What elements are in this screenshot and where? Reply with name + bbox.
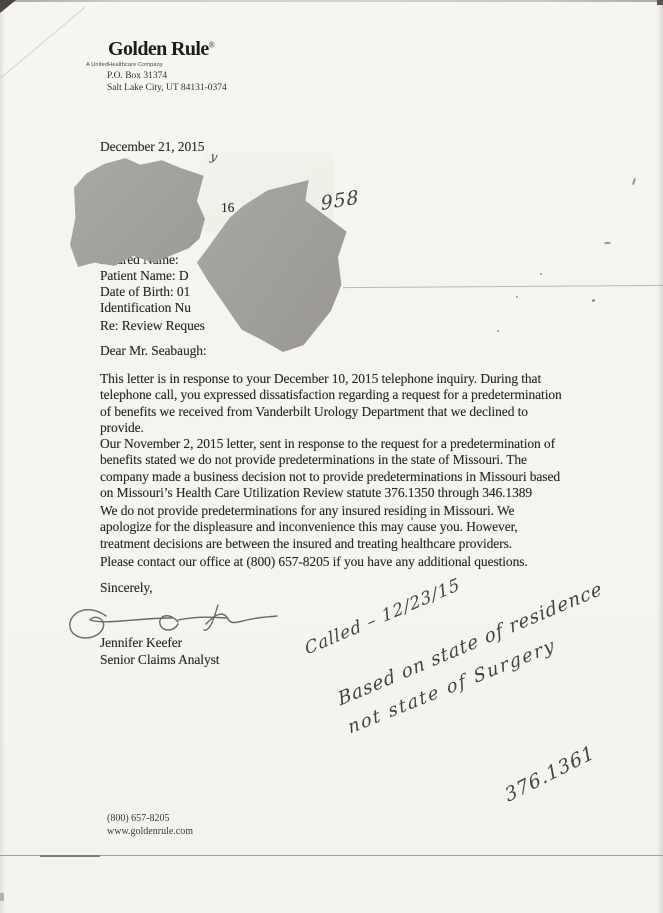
identification-line: Identification Nu (100, 300, 191, 316)
registered-mark: ® (209, 40, 214, 49)
typed-fragment: 16 (221, 200, 234, 216)
body-paragraph-2: Our November 2, 2015 letter, sent in res… (100, 436, 605, 502)
scan-top-edge (0, 0, 663, 2)
letterhead-pobox: P.O. Box 31374 (107, 70, 167, 82)
body-paragraph-4: Please contact our office at (800) 657-8… (100, 554, 605, 570)
brand-tagline-wrap: A UnitedHealthcare Company (86, 61, 210, 67)
date-of-birth-line: Date of Birth: 01 (100, 284, 190, 300)
subject-line: Re: Review Reques (100, 318, 205, 334)
footer-website: www.goldenrule.com (107, 825, 193, 838)
scan-nick (0, 893, 4, 901)
scanned-letter-page: Golden Rule® A UnitedHealthcare Company … (0, 0, 663, 913)
handwritten-statute-number: 376.1361 (502, 741, 598, 806)
letter-footer: (800) 657-8205 www.goldenrule.com (107, 812, 193, 838)
salutation: Dear Mr. Seabaugh: (100, 343, 207, 359)
body-paragraph-1: This letter is in response to your Decem… (100, 371, 605, 437)
scan-speck (411, 517, 413, 520)
scan-speck (540, 273, 542, 275)
scan-left-shadow (0, 0, 5, 913)
torn-paper-gray-left (70, 157, 205, 267)
scan-corner-mark (657, 0, 663, 5)
scan-speck (516, 296, 518, 298)
brand-tagline: A UnitedHealthcare Company (86, 61, 210, 67)
handwritten-note-line1: Based on state of residence (336, 578, 605, 710)
letterhead-city: Salt Lake City, UT 84131-0374 (107, 82, 227, 94)
brand-name: Golden Rule (108, 38, 209, 60)
paper-bottom-edge-shadow (40, 855, 100, 857)
signer-title: Senior Claims Analyst (100, 652, 219, 668)
scan-right-shadow (657, 0, 663, 913)
scan-speck (592, 299, 595, 302)
fold-crease-horizontal (343, 285, 663, 288)
signature (66, 594, 281, 646)
body-paragraph-3: We do not provide predeterminations for … (100, 503, 605, 552)
fold-crease-diagonal (1, 7, 86, 78)
letter-date: December 21, 2015 (100, 139, 204, 155)
scan-speck (632, 178, 636, 185)
scan-speck (497, 330, 499, 332)
golden-rule-logo: Golden Rule® (108, 38, 214, 61)
patient-name-line: Patient Name: D (100, 268, 188, 284)
scan-speck (604, 242, 611, 244)
footer-phone: (800) 657-8205 (107, 812, 193, 825)
